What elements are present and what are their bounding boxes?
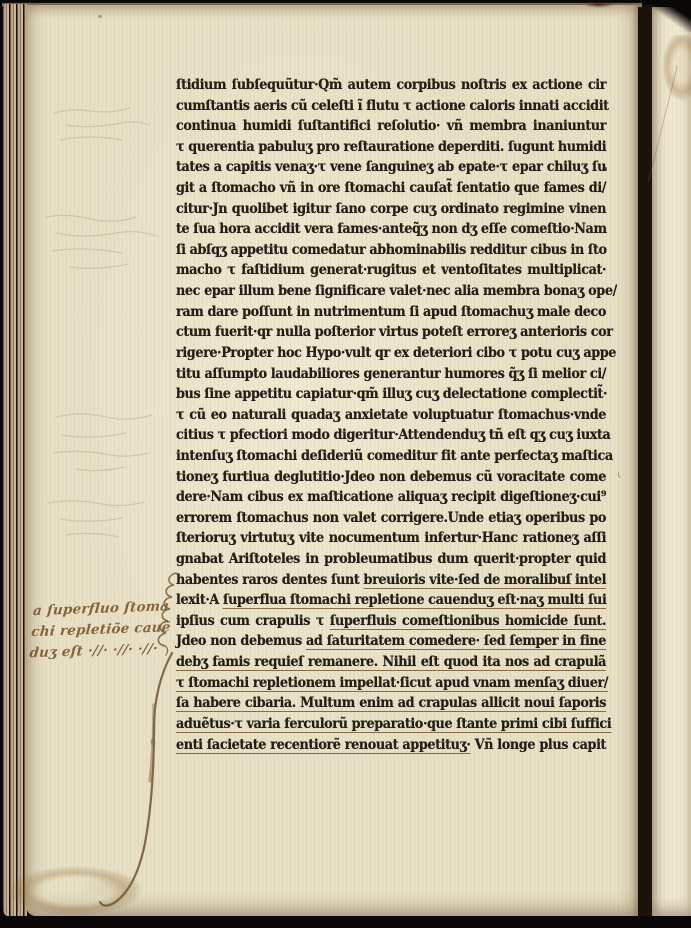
text-segment: nec epar illum bene ſignificare valet·ne… <box>176 283 617 299</box>
text-line: cumſtantis aeris cũ celeſti ĩ flutu τ ac… <box>176 96 606 117</box>
text-line: tioneʒ furtiua deglutitio·Jdeo non debem… <box>176 467 606 488</box>
text-line: τ cũ eo naturali quadaʒ anxietate volupt… <box>176 405 606 426</box>
text-line: ſtidium ſubſequũtur·Qm̃ autem corpibus n… <box>176 75 606 96</box>
text-line: ſa habere cibaria. Multum enim ad crapul… <box>176 693 606 714</box>
text-segment: macho τ faſtidium generat·rugitus et ven… <box>176 262 606 278</box>
text-line: errorem ſtomachus non valet corrigere.Un… <box>176 508 606 529</box>
text-segment: ſi abſqʒ appetitu comedatur abhominabili… <box>176 242 607 258</box>
text-line: intenſuʒ ſtomachi deſideriũ comeditur fi… <box>176 446 606 467</box>
text-line: citius τ pfectiori modo digeritur·Attend… <box>176 425 606 446</box>
text-line: enti ſacietate recentiorẽ renouat appeti… <box>176 735 606 756</box>
text-segment: te ſua hora accidit vera fames·anteq̃ʒ n… <box>176 221 607 237</box>
text-line: aduẽtus·τ varia ferculorũ preparatio·que… <box>176 714 606 735</box>
printed-text-block: ſtidium ſubſequũtur·Qm̃ autem corpibus n… <box>176 75 606 759</box>
text-line: ipſius cum crapulis τ ſuperfluis comeſti… <box>176 611 606 632</box>
text-line: ram dare poſſunt in nutrimentum ſi apud … <box>176 302 606 323</box>
book-page: ſtidium ſubſequũtur·Qm̃ autem corpibus n… <box>26 5 638 916</box>
text-line: bus ſine appetitu capiatur·qm̃ illuʒ cuʒ… <box>176 384 606 405</box>
text-line: git a ſtomacho vñ in ore ſtomachi cauſat… <box>176 178 606 199</box>
text-line: habentes raros dentes ſunt breuioris vit… <box>176 570 606 591</box>
scan-border-bottom <box>0 916 691 928</box>
underlined-text-segment: enti ſacietate recentiorẽ renouat appeti… <box>176 737 470 754</box>
text-segment: Vñ longe plus capit <box>470 737 606 753</box>
underlined-text-segment: ſuperfluis comeſtionibus homicide ſunt. <box>330 613 606 630</box>
text-segment: gnabat Ariſtoteles in probleumatibus dum… <box>176 551 606 567</box>
text-line: dere·Nam cibus ex maſticatione aliquaʒ r… <box>176 487 606 508</box>
text-line: ſi abſqʒ appetitu comedatur abhominabili… <box>176 240 606 261</box>
underlined-text-segment: ſa habere cibaria. Multum enim ad crapul… <box>176 695 606 712</box>
text-line: continua humidi ſuſtantifici reſolutio· … <box>176 116 606 137</box>
text-line: τ ſtomachi repletionem impellat·ſicut ap… <box>176 673 606 694</box>
text-segment: git a ſtomacho vñ in ore ſtomachi cauſat… <box>176 180 606 196</box>
handwritten-margin-note: a ſuperfluo ſtomachi repletiõe cauẽduʒ e… <box>28 595 201 664</box>
water-stain <box>8 863 158 919</box>
text-segment: cumſtantis aeris cũ celeſti ĩ flutu τ ac… <box>176 98 609 114</box>
dark-smudge <box>583 1 615 8</box>
text-line: τ querentia pabuluʒ pro reſtauratione de… <box>176 137 606 158</box>
text-segment: intenſuʒ ſtomachi deſideriũ comeditur fi… <box>176 448 613 464</box>
text-line: ſterioruʒ virtutuʒ vite nocumentum infer… <box>176 528 606 549</box>
text-line: Jdeo non debemus ad ſaturitatem comedere… <box>176 631 606 652</box>
text-line: nec epar illum bene ſignificare valet·ne… <box>176 281 606 302</box>
underlined-text-segment: ſuperflua ſtomachi repletione cauenduʒ e… <box>223 592 606 609</box>
text-segment: citius τ pfectiori modo digeritur·Attend… <box>176 427 610 443</box>
text-segment: tates a capitis venaʒ·τ vene ſanguineʒ a… <box>176 159 606 175</box>
text-line: tates a capitis venaʒ·τ vene ſanguineʒ a… <box>176 157 606 178</box>
ink-speck <box>617 471 623 479</box>
underlined-text-segment: aduẽtus·τ varia ferculorũ preparatio·que… <box>176 716 611 733</box>
text-segment: rigere·Propter hoc Hypo·vult qr ex deter… <box>176 345 616 361</box>
underlined-text-segment: debʒ famis requieſ remanere. Nihil eſt q… <box>176 654 606 671</box>
text-line: gnabat Ariſtoteles in probleumatibus dum… <box>176 549 606 570</box>
text-line: titu aſſumpto laudabiliores generantur h… <box>176 364 606 385</box>
text-segment: ſterioruʒ virtutuʒ vite nocumentum infer… <box>176 530 606 546</box>
text-line: debʒ famis requieſ remanere. Nihil eſt q… <box>176 652 606 673</box>
underlined-text-segment: τ ſtomachi repletionem impellat·ſicut ap… <box>176 675 608 692</box>
text-line: citur·Jn quolibet igitur ſano corpe cuʒ … <box>176 199 606 220</box>
underlined-text-segment: breuioris vite·ſed de moralibuſ intel <box>364 572 607 589</box>
text-segment: habentes raros dentes ſunt <box>176 572 364 588</box>
text-segment: bus ſine appetitu capiatur·qm̃ illuʒ cuʒ… <box>176 386 607 402</box>
text-segment: τ cũ eo naturali quadaʒ anxietate volupt… <box>176 407 606 423</box>
text-segment: τ querentia pabuluʒ pro reſtauratione de… <box>176 139 606 155</box>
scan-border-top-right-wedge <box>646 0 691 32</box>
text-line: rigere·Propter hoc Hypo·vult qr ex deter… <box>176 343 606 364</box>
text-line: lexit·A ſuperflua ſtomachi repletione ca… <box>176 590 606 611</box>
text-line: te ſua hora accidit vera fames·anteq̃ʒ n… <box>176 219 606 240</box>
text-segment: ram dare poſſunt in nutrimentum ſi apud … <box>176 304 606 320</box>
offset-handwriting-cluster <box>46 108 156 537</box>
text-segment: ſtidium ſubſequũtur·Qm̃ autem corpibus n… <box>176 77 606 93</box>
page-edge-stack-left <box>2 4 27 920</box>
text-segment: citur·Jn quolibet igitur ſano corpe cuʒ … <box>176 201 606 217</box>
text-line: ctum fuerit·qr nulla poſterior virtus po… <box>176 322 606 343</box>
text-segment: continua humidi ſuſtantifici reſolutio· … <box>176 118 606 134</box>
margin-note-line: duʒ eſt ·//· ·//· ·//· <box>28 637 198 664</box>
text-segment: ctum fuerit·qr nulla poſterior virtus po… <box>176 324 613 340</box>
text-segment: dere·Nam cibus ex maſticatione aliquaʒ r… <box>176 489 606 505</box>
text-segment: titu aſſumpto laudabiliores generantur h… <box>176 366 606 382</box>
text-line: macho τ faſtidium generat·rugitus et ven… <box>176 260 606 281</box>
underlined-text-segment: ad ſaturitatem comedere· ſed ſemper in f… <box>306 633 606 650</box>
text-segment: tioneʒ furtiua deglutitio·Jdeo non debem… <box>176 469 606 485</box>
text-segment: errorem ſtomachus non valet corrigere.Un… <box>176 510 606 526</box>
paper-fleck <box>98 15 102 18</box>
facing-page-sliver <box>652 7 691 916</box>
